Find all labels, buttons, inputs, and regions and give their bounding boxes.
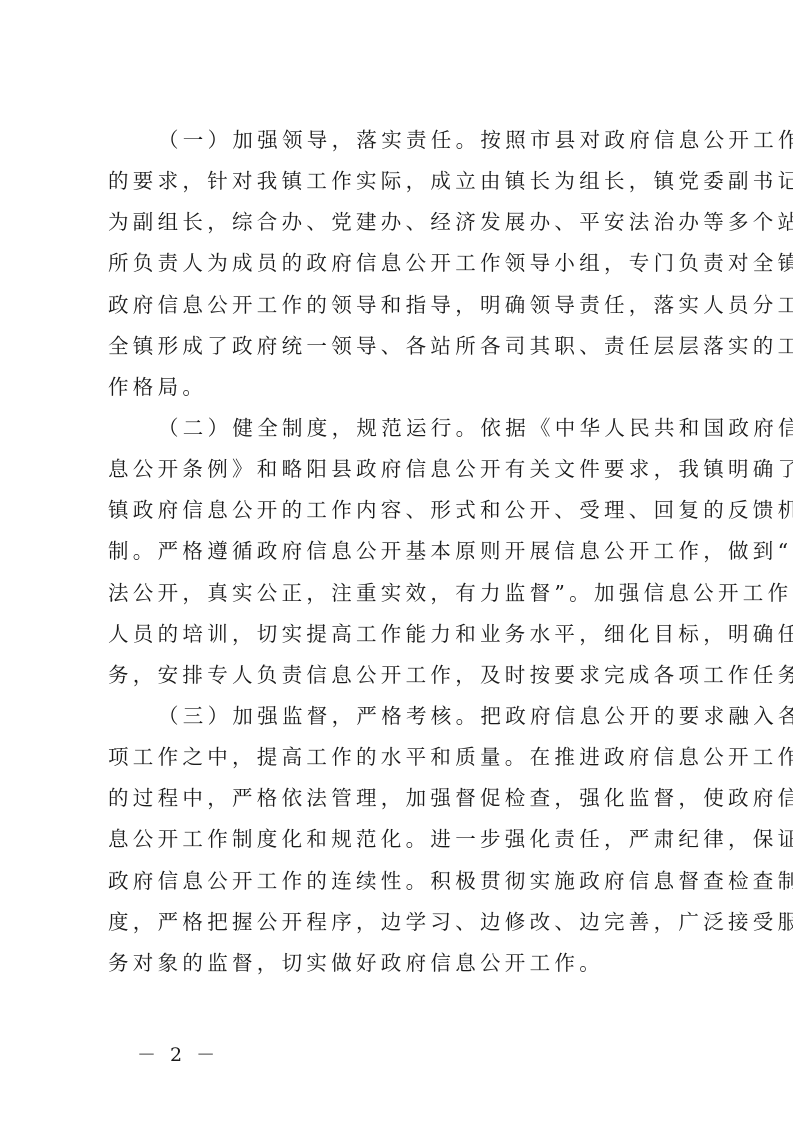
paragraph-line: 全镇形成了政府统一领导、各站所各司其职、责任层层落实的工 <box>108 326 694 367</box>
paragraph-line: 务，安排专人负责信息公开工作，及时按要求完成各项工作任务。 <box>108 655 694 696</box>
paragraph-system: （二）健全制度，规范运行。依据《中华人民共和国政府信 息公开条例》和略阳县政府信… <box>108 408 698 696</box>
paragraph-line: （一）加强领导，落实责任。按照市县对政府信息公开工作 <box>108 120 694 161</box>
paragraph-leadership: （一）加强领导，落实责任。按照市县对政府信息公开工作 的要求，针对我镇工作实际，… <box>108 120 698 408</box>
paragraph-line: 法公开，真实公正，注重实效，有力监督”。加强信息公开工作 <box>108 573 694 614</box>
paragraph-line: （二）健全制度，规范运行。依据《中华人民共和国政府信 <box>108 408 694 449</box>
paragraph-line: 度，严格把握公开程序，边学习、边修改、边完善，广泛接受服 <box>108 902 694 943</box>
paragraph-line: 项工作之中，提高工作的水平和质量。在推进政府信息公开工作 <box>108 737 694 778</box>
paragraph-line: 息公开工作制度化和规范化。进一步强化责任，严肃纪律，保证 <box>108 819 694 860</box>
paragraph-supervision: （三）加强监督，严格考核。把政府信息公开的要求融入各 项工作之中，提高工作的水平… <box>108 696 698 984</box>
paragraph-line: 的要求，针对我镇工作实际，成立由镇长为组长，镇党委副书记 <box>108 161 694 202</box>
paragraph-line: 作格局。 <box>108 367 694 408</box>
document-body: （一）加强领导，落实责任。按照市县对政府信息公开工作 的要求，针对我镇工作实际，… <box>108 120 698 984</box>
paragraph-line: （三）加强监督，严格考核。把政府信息公开的要求融入各 <box>108 696 694 737</box>
paragraph-line: 制。严格遵循政府信息公开基本原则开展信息公开工作，做到“依 <box>108 531 694 572</box>
paragraph-line: 人员的培训，切实提高工作能力和业务水平，细化目标，明确任 <box>108 614 694 655</box>
paragraph-line: 为副组长，综合办、党建办、经济发展办、平安法治办等多个站 <box>108 202 694 243</box>
paragraph-line: 政府信息公开工作的领导和指导，明确领导责任，落实人员分工。 <box>108 285 694 326</box>
paragraph-line: 息公开条例》和略阳县政府信息公开有关文件要求，我镇明确了 <box>108 449 694 490</box>
paragraph-line: 政府信息公开工作的连续性。积极贯彻实施政府信息督查检查制 <box>108 861 694 902</box>
page-number: － 2 － <box>137 1040 219 1067</box>
paragraph-line: 务对象的监督，切实做好政府信息公开工作。 <box>108 943 694 984</box>
paragraph-line: 镇政府信息公开的工作内容、形式和公开、受理、回复的反馈机 <box>108 490 694 531</box>
paragraph-line: 所负责人为成员的政府信息公开工作领导小组，专门负责对全镇 <box>108 243 694 284</box>
document-page: （一）加强领导，落实责任。按照市县对政府信息公开工作 的要求，针对我镇工作实际，… <box>0 0 793 1122</box>
paragraph-line: 的过程中，严格依法管理，加强督促检查，强化监督，使政府信 <box>108 778 694 819</box>
